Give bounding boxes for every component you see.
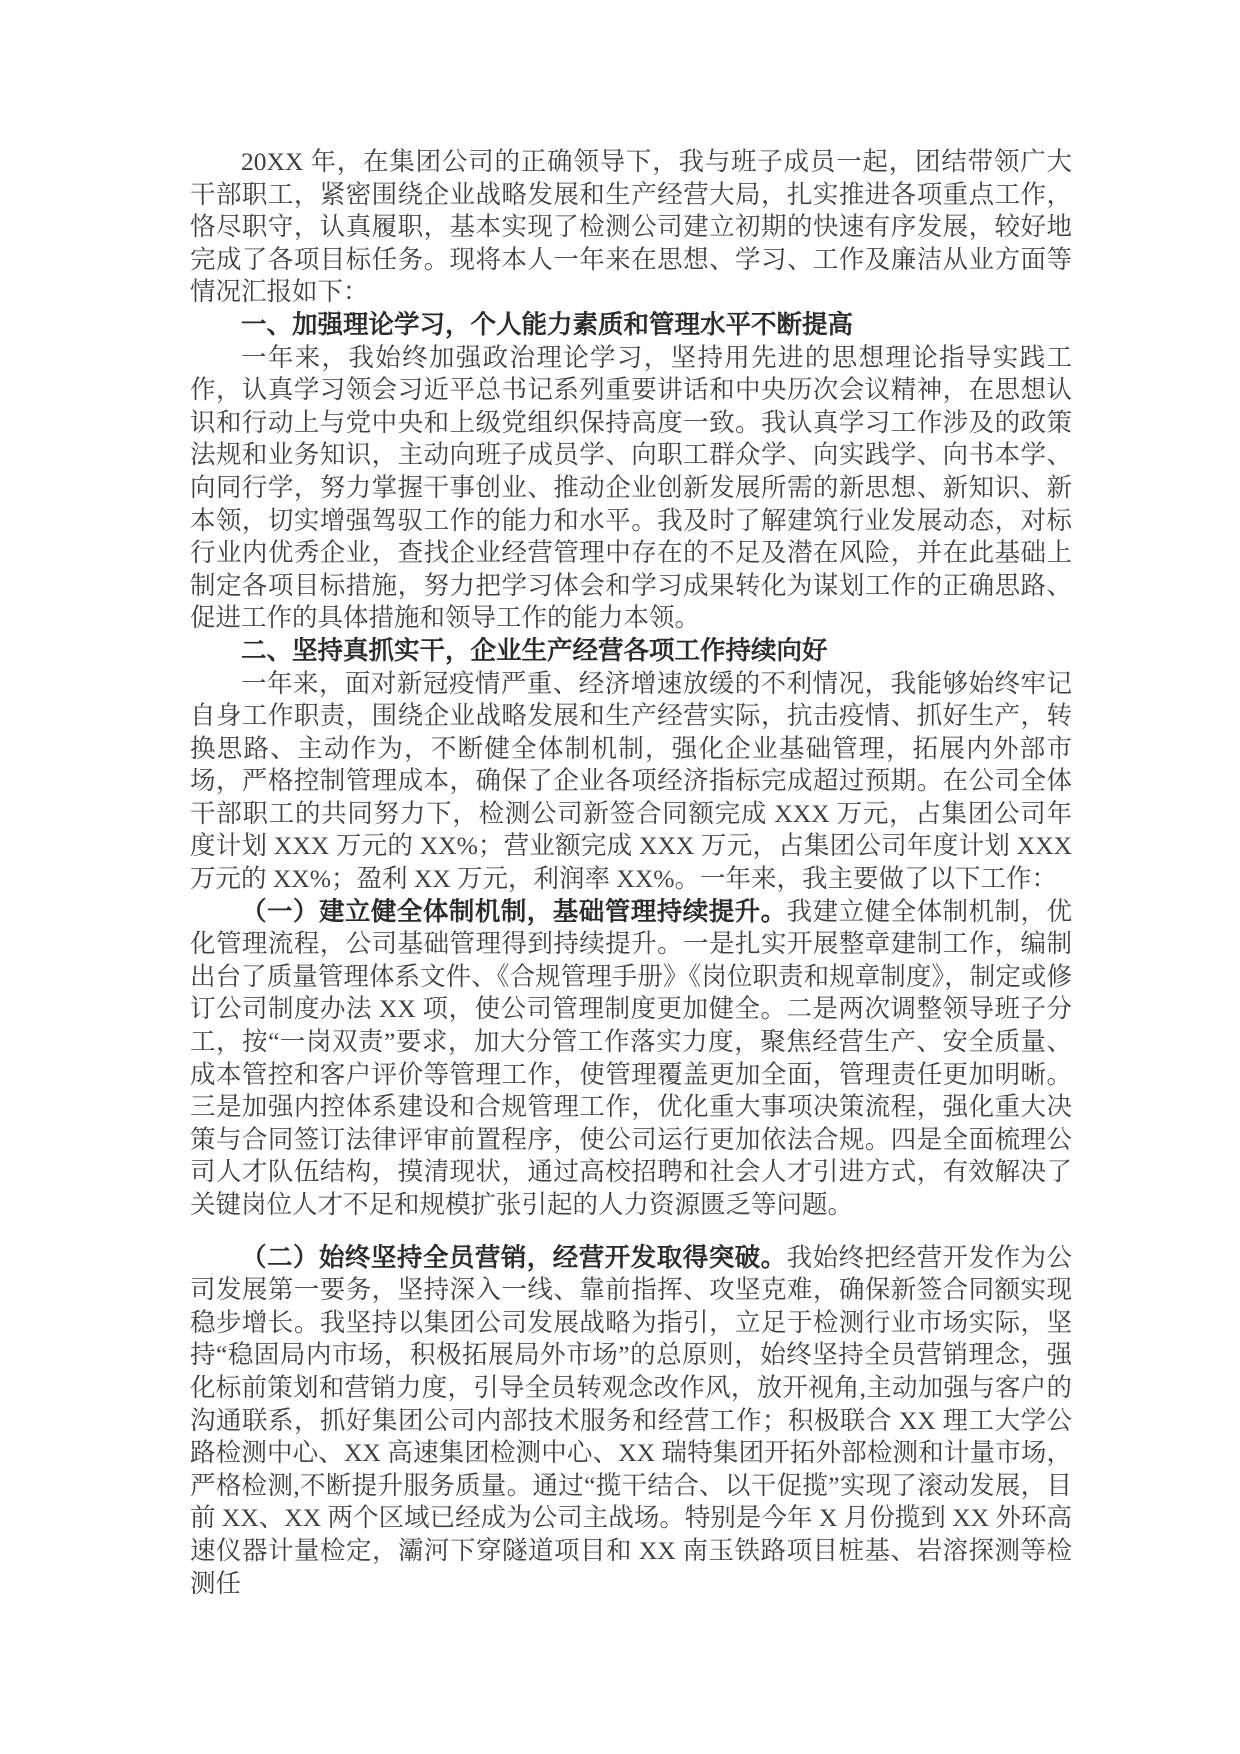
section-1-paragraph: 一年来，我始终加强政治理论学习，坚持用先进的思想理论指导实践工作，认真学习领会习…	[190, 342, 1072, 635]
document-content: 20XX 年，在集团公司的正确领导下，我与班子成员一起，团结带领广大干部职工，紧…	[190, 146, 1072, 1600]
subsection-1-paragraph: （一）建立健全体制机制，基础管理持续提升。我建立健全体制机制，优化管理流程，公司…	[190, 896, 1072, 1222]
subsection-1-lead: （一）建立健全体制机制，基础管理持续提升。	[241, 898, 787, 926]
subsection-2-text: 我始终把经营开发作为公司发展第一要务，坚持深入一线、靠前指挥、攻坚克难，确保新签…	[190, 1243, 1072, 1598]
section-2-paragraph: 一年来，面对新冠疫情严重、经济增速放缓的不利情况，我能够始终牢记自身工作职责，围…	[190, 668, 1072, 896]
subsection-2-lead: （二）始终坚持全员营销，经营开发取得突破。	[241, 1244, 787, 1272]
subsection-2-paragraph: （二）始终坚持全员营销，经营开发取得突破。我始终把经营开发作为公司发展第一要务，…	[190, 1242, 1072, 1601]
subsection-1-text: 我建立健全体制机制，优化管理流程，公司基础管理得到持续提升。一是扎实开展整章建制…	[190, 897, 1072, 1219]
intro-paragraph: 20XX 年，在集团公司的正确领导下，我与班子成员一起，团结带领广大干部职工，紧…	[190, 146, 1072, 309]
document-page: 20XX 年，在集团公司的正确领导下，我与班子成员一起，团结带领广大干部职工，紧…	[0, 0, 1240, 1754]
section-2-heading: 二、坚持真抓实干，企业生产经营各项工作持续向好	[190, 635, 1072, 668]
section-1-heading: 一、加强理论学习，个人能力素质和管理水平不断提高	[190, 309, 1072, 342]
